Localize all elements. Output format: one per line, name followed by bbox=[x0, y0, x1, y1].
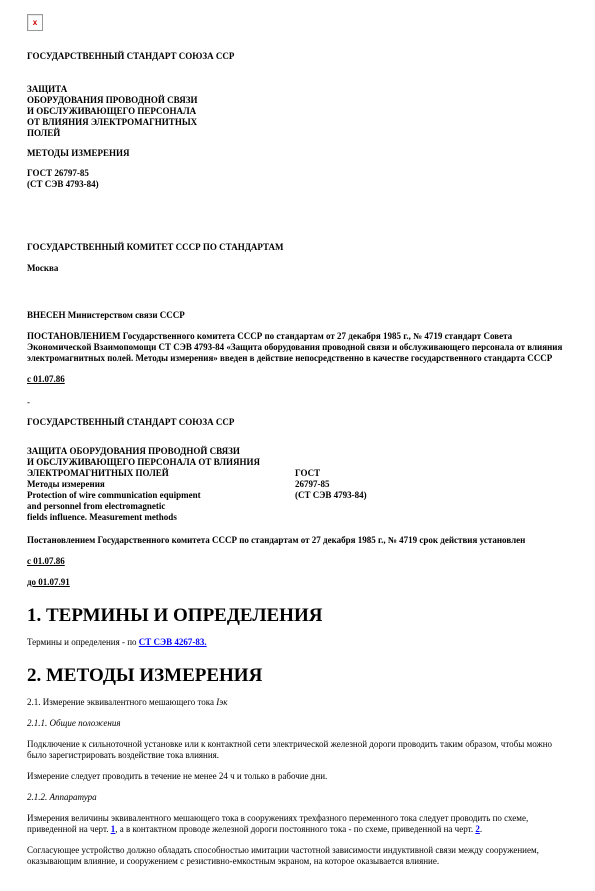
section1-body-text: Термины и определения - по bbox=[27, 637, 139, 647]
methods-title: МЕТОДЫ ИЗМЕРЕНИЯ bbox=[27, 148, 568, 159]
doc-title: ЗАЩИТА ОБОРУДОВАНИЯ ПРОВОДНОЙ СВЯЗИ И ОБ… bbox=[27, 84, 568, 139]
sev-4267-link[interactable]: СТ СЭВ 4267-83. bbox=[139, 637, 207, 647]
scheme-paragraph: Измерения величины эквивалентного мешающ… bbox=[27, 813, 568, 835]
title-table-left: ЗАЩИТА ОБОРУДОВАНИЯ ПРОВОДНОЙ СВЯЗИ И ОБ… bbox=[27, 446, 282, 523]
org-title: ГОСУДАРСТВЕННЫЙ СТАНДАРТ СОЮЗА ССР bbox=[27, 51, 568, 62]
section2-heading: 2. МЕТОДЫ ИЗМЕРЕНИЯ bbox=[27, 664, 568, 687]
introduced-by: ВНЕСЕН Министерством связи СССР bbox=[27, 310, 568, 321]
validity-from-date: с 01.07.86 bbox=[27, 556, 568, 567]
decree-paragraph: ПОСТАНОВЛЕНИЕМ Государственного комитета… bbox=[27, 331, 568, 364]
broken-image-icon: x bbox=[27, 14, 43, 31]
subsection-2-1-2-title: 2.1.2. Аппаратура bbox=[27, 792, 568, 803]
current-symbol: Iэк bbox=[216, 697, 227, 707]
subsection-2-1-title: 2.1. Измерение эквивалентного мешающего … bbox=[27, 697, 568, 708]
validity-to-date: до 01.07.91 bbox=[27, 577, 568, 588]
subsection-2-1-text: 2.1. Измерение эквивалентного мешающего … bbox=[27, 697, 216, 707]
title-table-right-gost-number: ГОСТ 26797-85 (СТ СЭВ 4793-84) bbox=[295, 468, 367, 523]
validity-decree: Постановлением Государственного комитета… bbox=[27, 535, 568, 546]
section1-body: Термины и определения - по СТ СЭВ 4267-8… bbox=[27, 637, 568, 648]
city-label: Москва bbox=[27, 263, 568, 274]
document-page: x ГОСУДАРСТВЕННЫЙ СТАНДАРТ СОЮЗА ССР ЗАЩ… bbox=[0, 0, 595, 891]
section1-heading: 1. ТЕРМИНЫ И ОПРЕДЕЛЕНИЯ bbox=[27, 604, 568, 627]
matching-device-paragraph: Согласующее устройство должно обладать с… bbox=[27, 845, 568, 867]
sev-number: (СТ СЭВ 4793-84) bbox=[27, 179, 568, 190]
org-title-repeat: ГОСУДАРСТВЕННЫЙ СТАНДАРТ СОЮЗА ССР bbox=[27, 417, 568, 428]
duration-paragraph: Измерение следует проводить в течение не… bbox=[27, 771, 568, 782]
scheme-text-end: . bbox=[480, 824, 482, 834]
dash-line: - bbox=[27, 397, 568, 408]
committee-title: ГОСУДАРСТВЕННЫЙ КОМИТЕТ СССР ПО СТАНДАРТ… bbox=[27, 242, 568, 253]
connection-paragraph: Подключение к сильноточной установке или… bbox=[27, 739, 568, 761]
effective-from-date: с 01.07.86 bbox=[27, 374, 568, 385]
gost-number: ГОСТ 26797-85 bbox=[27, 168, 568, 179]
subsection-2-1-1-title: 2.1.1. Общие положения bbox=[27, 718, 568, 729]
broken-image-x-icon: x bbox=[33, 19, 37, 27]
scheme-text-2: , а в контактном проводе железной дороги… bbox=[115, 824, 475, 834]
title-table: ЗАЩИТА ОБОРУДОВАНИЯ ПРОВОДНОЙ СВЯЗИ И ОБ… bbox=[27, 446, 568, 523]
